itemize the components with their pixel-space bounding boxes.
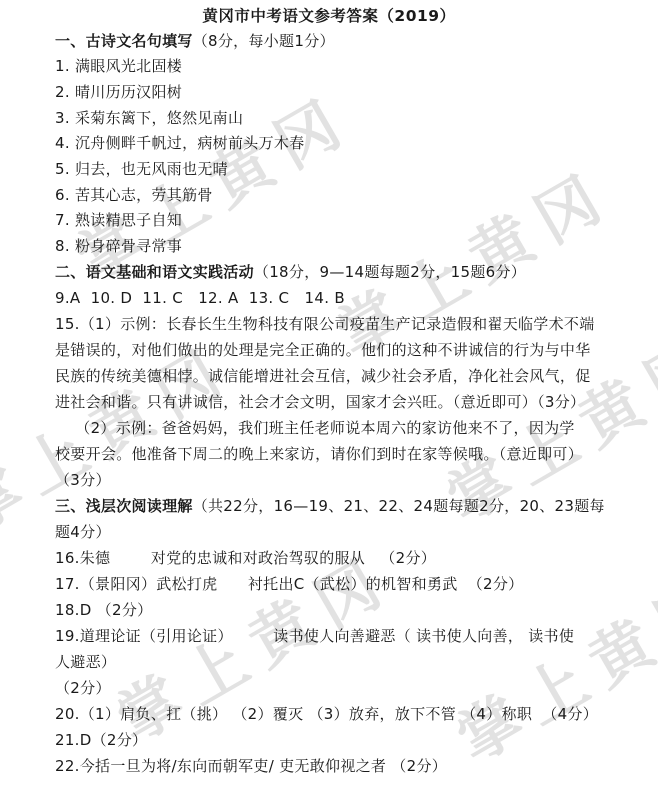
answer-line: 6. 苦其心志，劳其筋骨 bbox=[55, 185, 615, 205]
answer-line: （3分） bbox=[55, 470, 615, 490]
answer-line: 1. 满眼风光北固楼 bbox=[55, 56, 615, 76]
answer-line: （2）示例：爸爸妈妈，我们班主任老师说本周六的家访他来不了，因为学 bbox=[55, 418, 615, 438]
answer-line: 校要开会。他准备下周二的晚上来家访，请你们到时在家等候哦。（意近即可） bbox=[55, 444, 615, 464]
answer-line: 9.A 10. D 11. C 12. A 13. C 14. B bbox=[55, 288, 615, 308]
section-heading-2: 二、语文基础和语文实践活动（18分，9—14题每题2分，15题6分） bbox=[55, 262, 615, 282]
section-heading-1: 一、古诗文名句填写（8分，每小题1分） bbox=[55, 31, 615, 51]
answer-line: 22.今括一旦为将/东向而朝军吏/ 吏无敢仰视之者 （2分） bbox=[55, 756, 615, 776]
section-score-note: （18分，9—14题每题2分，15题6分） bbox=[254, 263, 526, 281]
document-page: 掌上黄冈 掌上黄冈 掌上黄冈 掌上黄冈 掌上黄冈 掌上黄冈 黄冈市中考语文参考答… bbox=[0, 0, 658, 811]
answer-line: （2分） bbox=[55, 678, 615, 698]
answer-line: 15.（1）示例：长春长生生物科技有限公司疫苗生产记录造假和翟天临学术不端 bbox=[55, 314, 615, 334]
answer-line: 16.朱德 对党的忠诚和对政治驾驭的服从 （2分） bbox=[55, 548, 615, 568]
answer-line: 3. 采菊东篱下，悠然见南山 bbox=[55, 108, 615, 128]
answer-line: 5. 归去，也无风雨也无晴 bbox=[55, 159, 615, 179]
page-title: 黄冈市中考语文参考答案（2019） bbox=[0, 4, 658, 26]
section-score-note: （共22分，16—19、21、22、24题每题2分，20、23题每 bbox=[193, 497, 605, 515]
answer-line: 进社会和谐。只有讲诚信，社会才会文明，国家才会兴旺。（意近即可）（3分） bbox=[55, 392, 615, 412]
answer-line: 4. 沉舟侧畔千帆过，病树前头万木春 bbox=[55, 133, 615, 153]
section-heading-3: 三、浅层次阅读理解（共22分，16—19、21、22、24题每题2分，20、23… bbox=[55, 496, 615, 516]
section-title: 三、浅层次阅读理解 bbox=[55, 497, 193, 515]
answer-line: 7. 熟读精思子自知 bbox=[55, 210, 615, 230]
answer-line: 民族的传统美德相悖。诚信能增进社会互信，减少社会矛盾，净化社会风气，促 bbox=[55, 366, 615, 386]
answer-line: 2. 晴川历历汉阳树 bbox=[55, 82, 615, 102]
answer-line: 17.（景阳冈）武松打虎 衬托出C（武松）的机智和勇武 （2分） bbox=[55, 574, 615, 594]
answer-line: 是错误的，对他们做出的处理是完全正确的。他们的这种不讲诚信的行为与中华 bbox=[55, 340, 615, 360]
answer-line: 18.D （2分） bbox=[55, 600, 615, 620]
section-title: 一、古诗文名句填写 bbox=[55, 32, 193, 50]
answer-line: 8. 粉身碎骨寻常事 bbox=[55, 236, 615, 256]
section-score-note-cont: 题4分） bbox=[55, 522, 615, 542]
answer-line: 21.D（2分） bbox=[55, 730, 615, 750]
answer-line: 20.（1）肩负、扛（挑） （2）覆灭 （3）放弃，放下不管 （4）称职 （4分… bbox=[55, 704, 615, 724]
answer-line: 19.道理论证（引用论证） 读书使人向善避恶（ 读书使人向善， 读书使 bbox=[55, 626, 615, 646]
section-title: 二、语文基础和语文实践活动 bbox=[55, 263, 254, 281]
section-score-note: （8分，每小题1分） bbox=[193, 32, 335, 50]
answer-line: 人避恶） bbox=[55, 652, 615, 672]
